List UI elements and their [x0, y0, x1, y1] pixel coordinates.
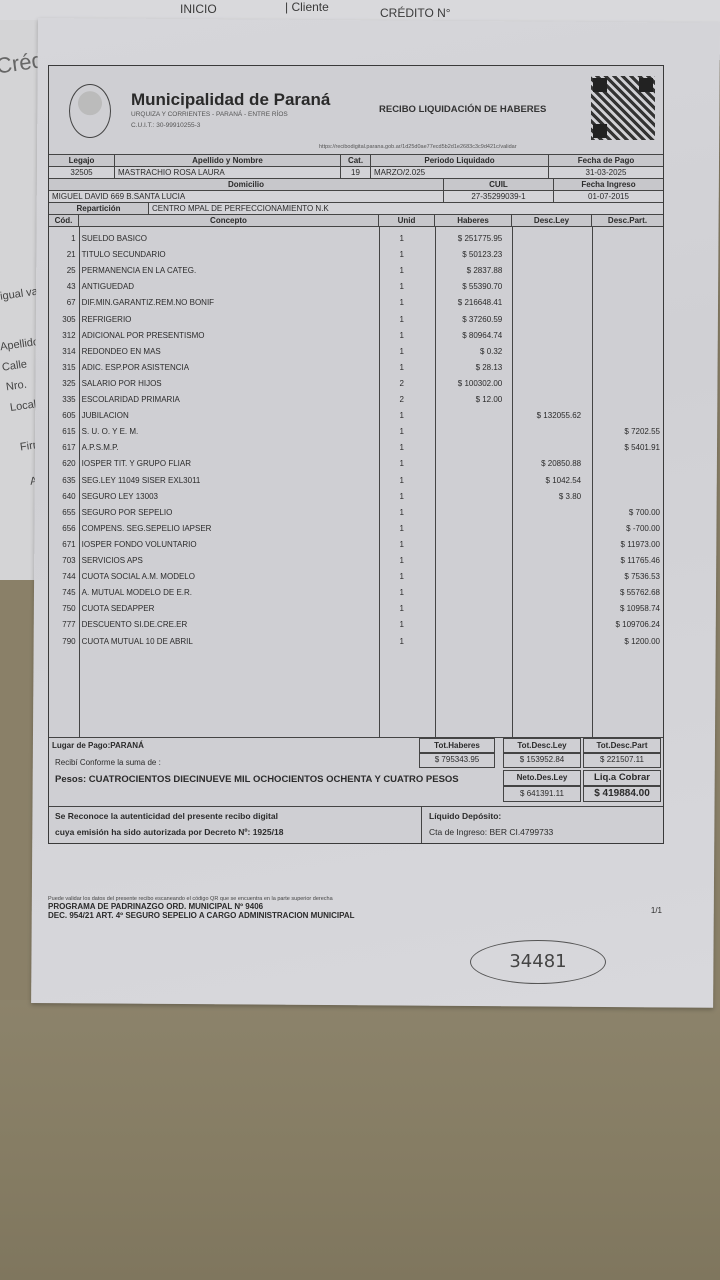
item-concept: REFRIGERIO: [79, 312, 375, 328]
background-text: Nro.: [5, 379, 27, 394]
item-code: 21: [49, 247, 79, 263]
payslip-header: Municipalidad de Paraná URQUIZA Y CORRIE…: [49, 66, 663, 155]
col-desc-part: Desc.Part.: [592, 215, 663, 226]
table-row: 655SEGURO POR SEPELIO1$ 700.00: [49, 505, 663, 521]
item-units: 1: [374, 505, 429, 521]
reparticion-row: Repartición CENTRO MPAL DE PERFECCIONAMI…: [49, 203, 663, 215]
table-row: 617A.P.S.M.P.1$ 5401.91: [49, 440, 663, 456]
item-desc-ley: [505, 328, 584, 344]
item-desc-part: $ 55762.68: [584, 585, 663, 601]
item-haberes: [429, 634, 505, 650]
org-cuit: C.U.I.T.: 30-99910255-3: [131, 122, 200, 129]
item-desc-part: $ 10958.74: [584, 601, 663, 617]
nombre-value: MASTRACHIO ROSA LAURA: [115, 167, 341, 178]
label-domicilio: Domicilio: [49, 179, 444, 190]
table-row: 640SEGURO LEY 130031$ 3.80: [49, 489, 663, 505]
decreto-text: DEC. 954/21 ART. 4º SEGURO SEPELIO A CAR…: [48, 911, 662, 920]
item-units: 1: [374, 231, 429, 247]
fecha-ingreso-value: 01-07-2015: [554, 191, 663, 202]
table-row: 1SUELDO BASICO1$ 251775.95: [49, 231, 663, 247]
item-code: 315: [49, 360, 79, 376]
item-desc-ley: [505, 521, 584, 537]
programa-text: PROGRAMA DE PADRINAZGO ORD. MUNICIPAL Nº…: [48, 902, 662, 911]
item-desc-part: [584, 295, 663, 311]
table-row: 620IOSPER TIT. Y GRUPO FLIAR1$ 20850.88: [49, 456, 663, 472]
item-units: 1: [374, 263, 429, 279]
col-haberes: Haberes: [435, 215, 512, 226]
item-units: 1: [374, 489, 429, 505]
validation-url[interactable]: https://recibodigital.parana.gob.ar/1d25…: [319, 144, 517, 150]
item-haberes: [429, 617, 505, 633]
label-reparticion: Repartición: [49, 203, 149, 214]
table-row: 335ESCOLARIDAD PRIMARIA2$ 12.00: [49, 392, 663, 408]
item-haberes: [429, 505, 505, 521]
item-desc-part: [584, 344, 663, 360]
municipal-seal-icon: [69, 84, 111, 138]
item-desc-ley: [505, 617, 584, 633]
item-code: 790: [49, 634, 79, 650]
item-concept: DIF.MIN.GARANTIZ.REM.NO BONIF: [79, 295, 375, 311]
fecha-pago-value: 31-03-2025: [549, 167, 663, 178]
item-concept: SEGURO POR SEPELIO: [79, 505, 375, 521]
item-concept: ADIC. ESP.POR ASISTENCIA: [79, 360, 375, 376]
item-concept: ADICIONAL POR PRESENTISMO: [79, 328, 375, 344]
item-desc-part: $ 11973.00: [584, 537, 663, 553]
item-units: 1: [374, 424, 429, 440]
item-units: 1: [374, 279, 429, 295]
item-desc-ley: [505, 424, 584, 440]
handwritten-number: 34481: [470, 940, 606, 984]
item-desc-ley: [505, 601, 584, 617]
item-haberes: $ 0.32: [429, 344, 505, 360]
item-desc-ley: [505, 295, 584, 311]
item-units: 1: [374, 408, 429, 424]
item-desc-part: [584, 231, 663, 247]
item-haberes: [429, 569, 505, 585]
org-address: URQUIZA Y CORRIENTES - PARANÁ - ENTRE RÍ…: [131, 111, 288, 118]
item-units: 1: [374, 537, 429, 553]
label-cat: Cat.: [341, 155, 371, 166]
item-haberes: [429, 489, 505, 505]
item-code: 703: [49, 553, 79, 569]
item-concept: CUOTA MUTUAL 10 DE ABRIL: [79, 634, 375, 650]
table-row: 305REFRIGERIO1$ 37260.59: [49, 312, 663, 328]
item-concept: ESCOLARIDAD PRIMARIA: [79, 392, 375, 408]
table-row: 325SALARIO POR HIJOS2$ 100302.00: [49, 376, 663, 392]
item-concept: A. MUTUAL MODELO DE E.R.: [79, 585, 375, 601]
item-code: 615: [49, 424, 79, 440]
background-text: Calle: [1, 358, 28, 373]
item-units: 1: [374, 295, 429, 311]
item-desc-part: [584, 376, 663, 392]
item-haberes: $ 2837.88: [429, 263, 505, 279]
item-desc-part: [584, 247, 663, 263]
item-concept: SERVICIOS APS: [79, 553, 375, 569]
table-row: 25PERMANENCIA EN LA CATEG.1$ 2837.88: [49, 263, 663, 279]
item-units: 1: [374, 521, 429, 537]
item-haberes: $ 50123.23: [429, 247, 505, 263]
item-code: 656: [49, 521, 79, 537]
item-desc-ley: [505, 263, 584, 279]
reparticion-value: CENTRO MPAL DE PERFECCIONAMIENTO N.K: [149, 203, 663, 214]
page-number: 1/1: [651, 906, 662, 915]
item-code: 655: [49, 505, 79, 521]
cuenta-value: Cta de Ingreso: BER CI.4799733: [429, 827, 553, 837]
tot-haberes-value: $ 795343.95: [419, 752, 495, 768]
item-haberes: $ 28.13: [429, 360, 505, 376]
deposito-label: Líquido Depósito:: [429, 811, 501, 821]
item-concept: IOSPER FONDO VOLUNTARIO: [79, 537, 375, 553]
table-row: 790CUOTA MUTUAL 10 DE ABRIL1$ 1200.00: [49, 634, 663, 650]
recibi-label: Recibí Conforme la suma de :: [55, 758, 161, 767]
item-desc-ley: [505, 312, 584, 328]
cuil-value: 27-35299039-1: [444, 191, 554, 202]
item-haberes: [429, 440, 505, 456]
liq-label: Liq.a Cobrar: [583, 770, 661, 786]
item-haberes: $ 251775.95: [429, 231, 505, 247]
item-units: 2: [374, 392, 429, 408]
table-row: 744CUOTA SOCIAL A.M. MODELO1$ 7536.53: [49, 569, 663, 585]
item-code: 745: [49, 585, 79, 601]
item-code: 43: [49, 279, 79, 295]
item-desc-ley: $ 1042.54: [505, 473, 584, 489]
payslip-document: Municipalidad de Paraná URQUIZA Y CORRIE…: [48, 65, 664, 844]
item-code: 777: [49, 617, 79, 633]
item-units: 1: [374, 634, 429, 650]
col-unid: Unid: [379, 215, 435, 226]
item-units: 1: [374, 344, 429, 360]
item-desc-ley: [505, 376, 584, 392]
employee-labels-row: Legajo Apellido y Nombre Cat. Periodo Li…: [49, 155, 663, 167]
item-code: 335: [49, 392, 79, 408]
tot-desc-part-value: $ 221507.11: [583, 752, 661, 768]
item-desc-part: [584, 489, 663, 505]
label-cuil: CUIL: [444, 179, 554, 190]
periodo-value: MARZO/2.025: [371, 167, 549, 178]
legajo-value: 32505: [49, 167, 115, 178]
item-code: 640: [49, 489, 79, 505]
item-haberes: [429, 456, 505, 472]
item-units: 1: [374, 440, 429, 456]
item-concept: TITULO SECUNDARIO: [79, 247, 375, 263]
item-desc-ley: [505, 634, 584, 650]
table-row: 671IOSPER FONDO VOLUNTARIO1$ 11973.00: [49, 537, 663, 553]
background-text: igual val: [0, 285, 41, 303]
item-code: 325: [49, 376, 79, 392]
item-code: 744: [49, 569, 79, 585]
item-desc-part: $ 1200.00: [584, 634, 663, 650]
background-text: INICIO: [180, 2, 217, 16]
item-desc-part: $ 109706.24: [584, 617, 663, 633]
background-text: | Cliente: [285, 0, 329, 14]
item-desc-ley: [505, 360, 584, 376]
item-units: 2: [374, 376, 429, 392]
item-concept: CUOTA SOCIAL A.M. MODELO: [79, 569, 375, 585]
item-desc-ley: [505, 553, 584, 569]
item-concept: A.P.S.M.P.: [79, 440, 375, 456]
item-haberes: $ 12.00: [429, 392, 505, 408]
item-code: 305: [49, 312, 79, 328]
item-desc-ley: $ 3.80: [505, 489, 584, 505]
item-desc-part: $ 700.00: [584, 505, 663, 521]
footer-notes: Puede validar los datos del presente rec…: [48, 896, 662, 920]
item-desc-part: [584, 360, 663, 376]
neto-label: Neto.Des.Ley: [503, 770, 581, 786]
item-haberes: $ 37260.59: [429, 312, 505, 328]
item-units: 1: [374, 328, 429, 344]
item-haberes: [429, 424, 505, 440]
item-units: 1: [374, 617, 429, 633]
item-haberes: [429, 585, 505, 601]
item-haberes: $ 216648.41: [429, 295, 505, 311]
item-units: 1: [374, 553, 429, 569]
item-desc-part: $ 7202.55: [584, 424, 663, 440]
lugar-pago: Lugar de Pago:PARANÁ: [52, 741, 144, 750]
auth-line-2: cuya emisión ha sido autorizada por Decr…: [55, 827, 283, 837]
item-code: 67: [49, 295, 79, 311]
item-units: 1: [374, 569, 429, 585]
address-labels-row: Domicilio CUIL Fecha Ingreso: [49, 179, 663, 191]
item-haberes: [429, 537, 505, 553]
document-title: RECIBO LIQUIDACIÓN DE HABERES: [379, 104, 546, 115]
item-code: 25: [49, 263, 79, 279]
table-row: 314REDONDEO EN MAS1$ 0.32: [49, 344, 663, 360]
item-units: 1: [374, 247, 429, 263]
col-desc-ley: Desc.Ley: [512, 215, 592, 226]
item-desc-ley: [505, 392, 584, 408]
item-concept: SEGURO LEY 13003: [79, 489, 375, 505]
table-row: 777DESCUENTO SI.DE.CRE.ER1$ 109706.24: [49, 617, 663, 633]
item-desc-part: [584, 279, 663, 295]
item-haberes: $ 100302.00: [429, 376, 505, 392]
table-surface: [0, 1000, 720, 1280]
footer-section: Se Reconoce la autenticidad del presente…: [49, 807, 663, 843]
col-cod: Cód.: [49, 215, 79, 226]
item-desc-part: [584, 408, 663, 424]
item-code: 620: [49, 456, 79, 472]
item-concept: SUELDO BASICO: [79, 231, 375, 247]
item-desc-ley: [505, 247, 584, 263]
item-concept: CUOTA SEDAPPER: [79, 601, 375, 617]
label-fecha-pago: Fecha de Pago: [549, 155, 663, 166]
item-desc-part: [584, 392, 663, 408]
item-concept: SALARIO POR HIJOS: [79, 376, 375, 392]
item-code: 312: [49, 328, 79, 344]
item-concept: PERMANENCIA EN LA CATEG.: [79, 263, 375, 279]
item-desc-ley: $ 132055.62: [505, 408, 584, 424]
item-desc-part: [584, 328, 663, 344]
items-table-body: 1SUELDO BASICO1$ 251775.9521TITULO SECUN…: [49, 227, 663, 738]
item-concept: REDONDEO EN MAS: [79, 344, 375, 360]
table-row: 750CUOTA SEDAPPER1$ 10958.74: [49, 601, 663, 617]
item-code: 635: [49, 473, 79, 489]
item-code: 1: [49, 231, 79, 247]
item-units: 1: [374, 601, 429, 617]
item-desc-ley: $ 20850.88: [505, 456, 584, 472]
item-haberes: [429, 408, 505, 424]
liq-value: $ 419884.00: [583, 786, 661, 802]
org-name: Municipalidad de Paraná: [131, 90, 330, 110]
domicilio-value: MIGUEL DAVID 669 B.SANTA LUCIA: [49, 191, 444, 202]
item-haberes: [429, 553, 505, 569]
item-concept: DESCUENTO SI.DE.CRE.ER: [79, 617, 375, 633]
item-concept: COMPENS. SEG.SEPELIO IAPSER: [79, 521, 375, 537]
item-units: 1: [374, 585, 429, 601]
item-concept: IOSPER TIT. Y GRUPO FLIAR: [79, 456, 375, 472]
item-code: 605: [49, 408, 79, 424]
item-desc-part: $ 11765.46: [584, 553, 663, 569]
table-row: 43ANTIGUEDAD1$ 55390.70: [49, 279, 663, 295]
item-units: 1: [374, 473, 429, 489]
item-haberes: [429, 601, 505, 617]
table-row: 605JUBILACION1$ 132055.62: [49, 408, 663, 424]
table-row: 67DIF.MIN.GARANTIZ.REM.NO BONIF1$ 216648…: [49, 295, 663, 311]
item-code: 617: [49, 440, 79, 456]
item-concept: S. U. O. Y E. M.: [79, 424, 375, 440]
item-code: 671: [49, 537, 79, 553]
col-concepto: Concepto: [79, 215, 379, 226]
item-code: 750: [49, 601, 79, 617]
auth-line-1: Se Reconoce la autenticidad del presente…: [55, 811, 278, 821]
item-haberes: $ 55390.70: [429, 279, 505, 295]
item-haberes: [429, 521, 505, 537]
item-concept: SEG.LEY 11049 SISER EXL3011: [79, 473, 375, 489]
label-nombre: Apellido y Nombre: [115, 155, 341, 166]
table-row: 21TITULO SECUNDARIO1$ 50123.23: [49, 247, 663, 263]
neto-value: $ 641391.11: [503, 786, 581, 802]
table-row: 635SEG.LEY 11049 SISER EXL30111$ 1042.54: [49, 473, 663, 489]
table-row: 745A. MUTUAL MODELO DE E.R.1$ 55762.68: [49, 585, 663, 601]
item-desc-part: $ -700.00: [584, 521, 663, 537]
cat-value: 19: [341, 167, 371, 178]
table-row: 312ADICIONAL POR PRESENTISMO1$ 80964.74: [49, 328, 663, 344]
item-desc-ley: [505, 505, 584, 521]
label-fecha-ingreso: Fecha Ingreso: [554, 179, 663, 190]
tot-desc-ley-value: $ 153952.84: [503, 752, 581, 768]
item-haberes: [429, 473, 505, 489]
qr-code-icon[interactable]: [591, 76, 655, 140]
label-periodo: Periodo Liquidado: [371, 155, 549, 166]
item-units: 1: [374, 456, 429, 472]
item-desc-ley: [505, 344, 584, 360]
item-desc-ley: [505, 279, 584, 295]
employee-values-row: 32505 MASTRACHIO ROSA LAURA 19 MARZO/2.0…: [49, 167, 663, 179]
item-desc-ley: [505, 440, 584, 456]
item-desc-part: [584, 456, 663, 472]
table-row: 656COMPENS. SEG.SEPELIO IAPSER1$ -700.00: [49, 521, 663, 537]
item-desc-ley: [505, 569, 584, 585]
item-concept: ANTIGUEDAD: [79, 279, 375, 295]
item-units: 1: [374, 312, 429, 328]
address-values-row: MIGUEL DAVID 669 B.SANTA LUCIA 27-352990…: [49, 191, 663, 203]
item-desc-part: [584, 312, 663, 328]
totals-section: Lugar de Pago:PARANÁ Tot.Haberes Tot.Des…: [49, 738, 663, 807]
items-header-row: Cód. Concepto Unid Haberes Desc.Ley Desc…: [49, 215, 663, 227]
item-haberes: $ 80964.74: [429, 328, 505, 344]
item-desc-ley: [505, 585, 584, 601]
item-desc-part: [584, 263, 663, 279]
item-desc-ley: [505, 231, 584, 247]
background-text: CRÉDITO N°: [380, 6, 451, 20]
item-desc-part: $ 5401.91: [584, 440, 663, 456]
label-legajo: Legajo: [49, 155, 115, 166]
item-desc-part: $ 7536.53: [584, 569, 663, 585]
item-desc-ley: [505, 537, 584, 553]
item-units: 1: [374, 360, 429, 376]
item-desc-part: [584, 473, 663, 489]
item-concept: JUBILACION: [79, 408, 375, 424]
table-row: 315ADIC. ESP.POR ASISTENCIA1$ 28.13: [49, 360, 663, 376]
table-row: 615S. U. O. Y E. M.1$ 7202.55: [49, 424, 663, 440]
table-row: 703SERVICIOS APS1$ 11765.46: [49, 553, 663, 569]
pesos-text: Pesos: CUATROCIENTOS DIECINUEVE MIL OCHO…: [55, 774, 459, 785]
item-code: 314: [49, 344, 79, 360]
